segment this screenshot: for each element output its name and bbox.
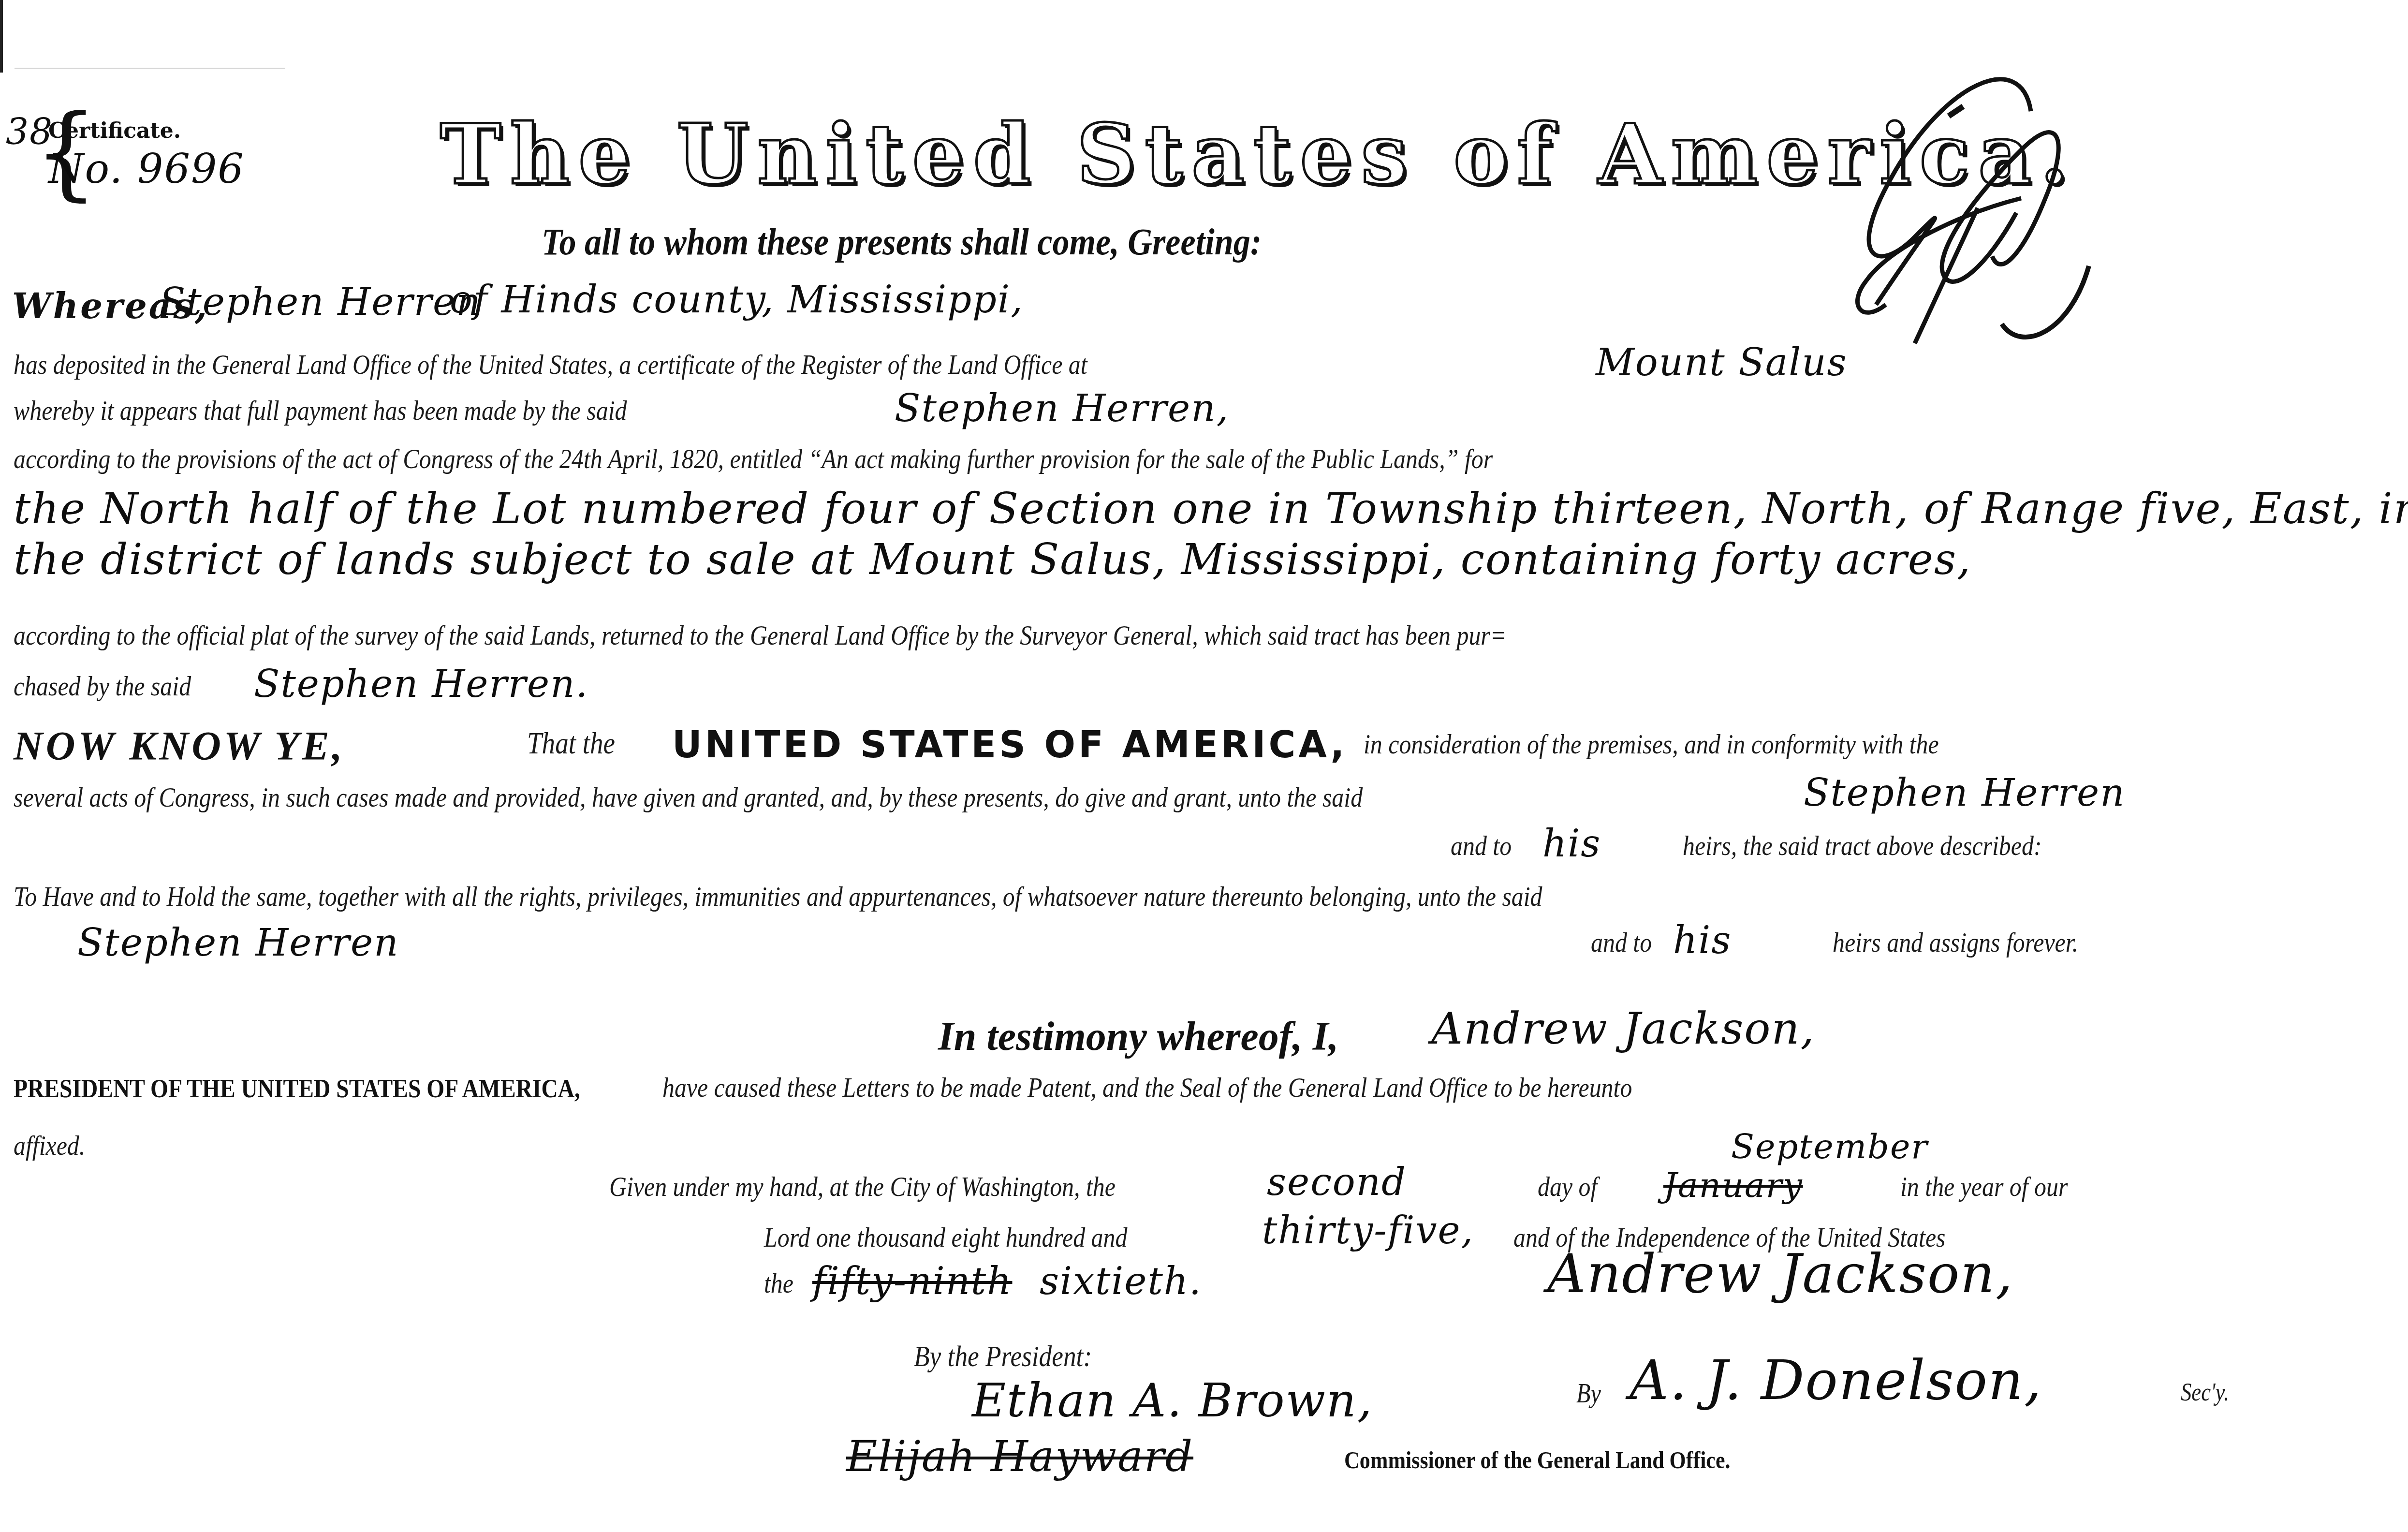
given-line-1: Given under my hand, at the City of Wash… bbox=[609, 1170, 1116, 1203]
testimony-line-3: affixed. bbox=[14, 1129, 85, 1162]
given-line-2: Lord one thousand eight hundred and bbox=[764, 1221, 1127, 1253]
whereas-line-4: according to the provisions of the act o… bbox=[14, 442, 1493, 475]
whereas-line-3: whereby it appears that full payment has… bbox=[14, 394, 627, 427]
and-to-2: and to bbox=[1591, 926, 1652, 958]
usa-caps: UNITED STATES OF AMERICA, bbox=[672, 723, 1347, 766]
secretary-signature: A. J. Donelson, bbox=[1630, 1349, 2042, 1412]
tract-description-line-1: the North half of the Lot numbered four … bbox=[14, 484, 2408, 533]
scan-border-artifact bbox=[0, 0, 3, 73]
president-signature: Andrew Jackson, bbox=[1547, 1243, 2013, 1305]
commissioner-struck-name: Elijah Hayward bbox=[846, 1431, 1193, 1481]
now-know-ye-line-2: several acts of Congress, in such cases … bbox=[14, 781, 1363, 813]
handwritten-initials-icon bbox=[1818, 53, 2253, 343]
secretary-by: By bbox=[1576, 1378, 1601, 1409]
commissioner-title: Commissioner of the General Land Office. bbox=[1344, 1446, 1730, 1474]
initials-mark bbox=[1818, 53, 2253, 343]
certificate-label: Certificate. bbox=[48, 118, 181, 143]
whereas-line-6: chased by the said bbox=[14, 670, 191, 702]
grantee-residence: of Hinds county, Mississippi, bbox=[450, 278, 1024, 322]
given-day: second bbox=[1267, 1161, 1407, 1204]
given-line-3-the: the bbox=[764, 1267, 793, 1299]
tract-description-line-2: the district of lands subject to sale at… bbox=[14, 534, 1971, 584]
certificate-number: No. 9696 bbox=[48, 145, 245, 192]
grantee-name-4: Stephen Herren bbox=[1804, 771, 2125, 815]
grantee-name: Stephen Herren bbox=[160, 280, 481, 324]
day-of: day of bbox=[1538, 1170, 1597, 1203]
greeting: To all to whom these presents shall come… bbox=[542, 220, 1262, 264]
given-year: thirty-five, bbox=[1262, 1209, 1474, 1252]
president-name: Andrew Jackson, bbox=[1431, 1003, 1815, 1054]
now-know-ye-line-1-rest: in consideration of the premises, and in… bbox=[1364, 728, 1939, 760]
habendum-line-2-rest: heirs and assigns forever. bbox=[1833, 926, 2078, 958]
whereas-line-5: according to the official plat of the su… bbox=[14, 619, 1506, 651]
independence-struck: fifty-ninth bbox=[812, 1260, 1012, 1303]
commissioner-signature: Ethan A. Brown, bbox=[972, 1373, 1373, 1428]
given-month: September bbox=[1731, 1127, 1928, 1166]
pronoun-1: his bbox=[1542, 822, 1601, 866]
grantee-name-5: Stephen Herren bbox=[77, 921, 399, 965]
testimony-lead: In testimony whereof, I, bbox=[938, 1013, 1338, 1060]
that-the: That the bbox=[527, 725, 615, 761]
grantee-name-2: Stephen Herren, bbox=[895, 387, 1229, 430]
now-know-ye-line-3-rest: heirs, the said tract above described: bbox=[1683, 829, 2042, 862]
grantee-name-3: Stephen Herren. bbox=[254, 663, 588, 706]
and-to-1: and to bbox=[1451, 829, 1512, 862]
pronoun-2: his bbox=[1673, 919, 1732, 962]
land-office-name: Mount Salus bbox=[1596, 341, 1848, 384]
independence-year: sixtieth. bbox=[1040, 1260, 1202, 1303]
now-know-ye-lead: NOW KNOW YE, bbox=[14, 723, 345, 770]
month-struck: January bbox=[1663, 1165, 1803, 1205]
secretary-title: Sec'y. bbox=[2181, 1378, 2229, 1407]
habendum-line-1: To Have and to Hold the same, together w… bbox=[14, 880, 1542, 913]
scan-line-artifact bbox=[15, 68, 285, 69]
whereas-line-2: has deposited in the General Land Office… bbox=[14, 348, 1087, 381]
president-title-caps: PRESIDENT OF THE UNITED STATES OF AMERIC… bbox=[14, 1074, 580, 1104]
by-the-president: By the President: bbox=[914, 1340, 1092, 1374]
given-line-1-rest: in the year of our bbox=[1900, 1170, 2068, 1203]
testimony-line-2-rest: have caused these Letters to be made Pat… bbox=[662, 1071, 1632, 1104]
